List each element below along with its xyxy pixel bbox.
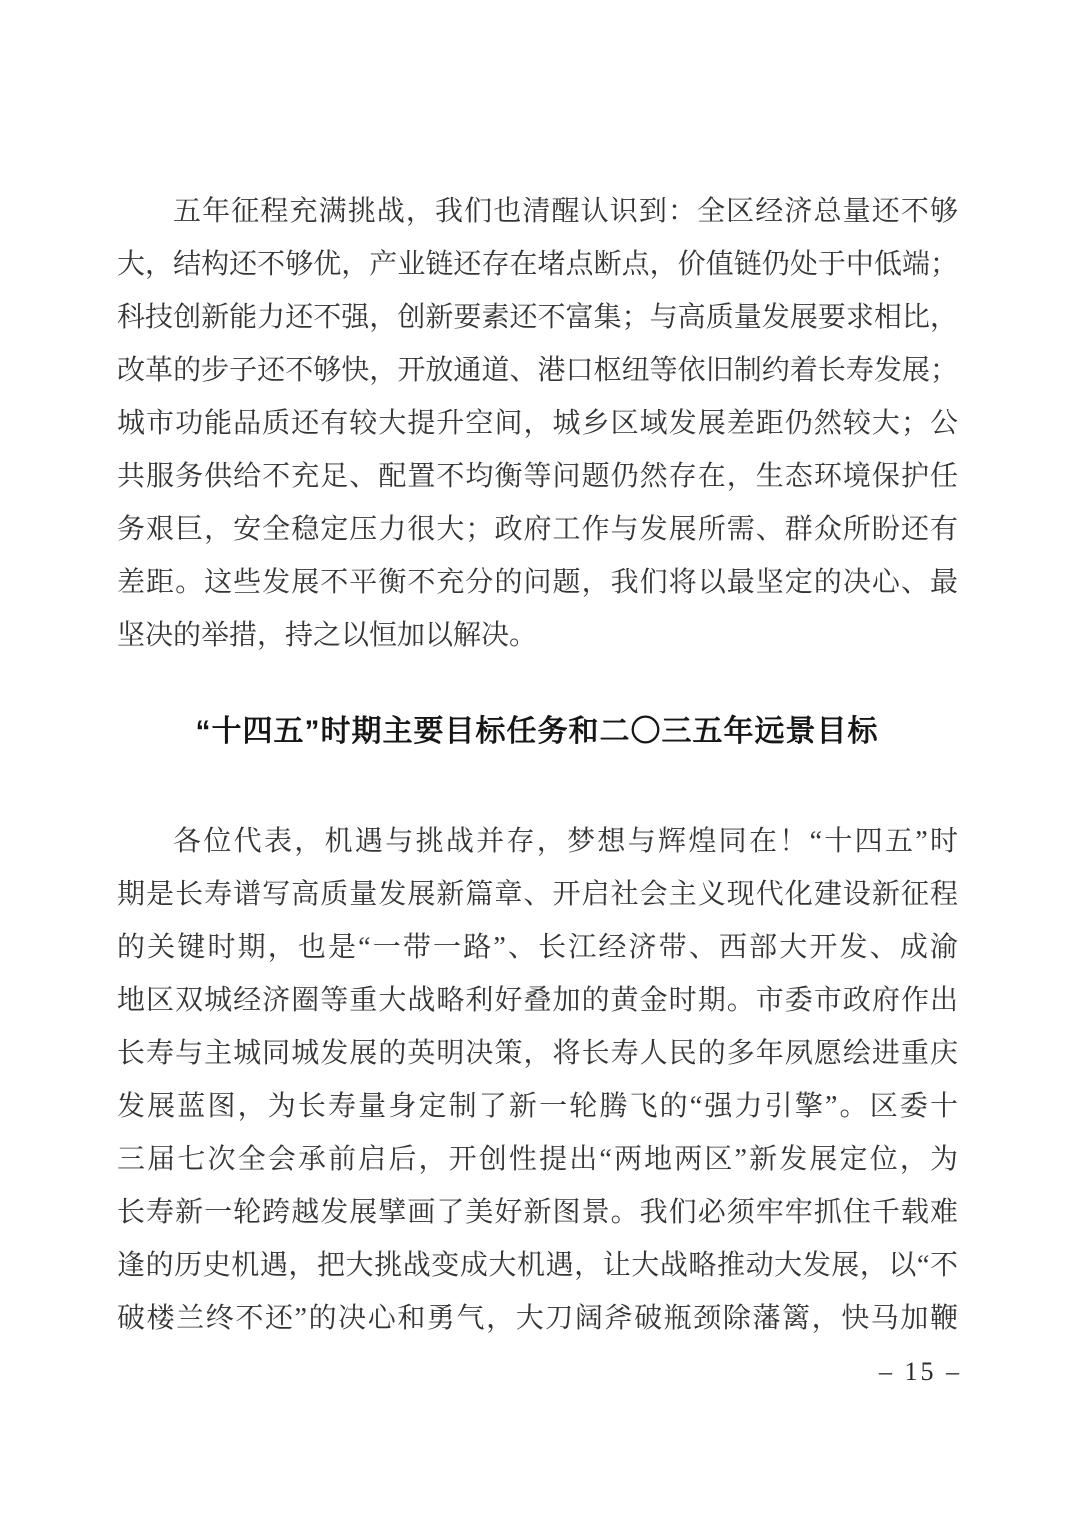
body-line: 五年征程充满挑战，我们也清醒认识到：全区经济总量还不够	[117, 185, 958, 238]
section-heading: “十四五”时期主要目标任务和二〇三五年远景目标	[0, 710, 1074, 754]
body-line: 共服务供给不充足、配置不均衡等问题仍然存在，生态环境保护任	[117, 450, 958, 503]
document-page: 五年征程充满挑战，我们也清醒认识到：全区经济总量还不够 大，结构还不够优，产业链…	[0, 0, 1074, 1520]
page-number: – 15 –	[879, 1352, 962, 1392]
body-line: 长寿与主城同城发展的英明决策，将长寿人民的多年夙愿绘进重庆	[117, 1027, 958, 1080]
body-line: 发展蓝图，为长寿量身定制了新一轮腾飞的“强力引擎”。区委十	[117, 1080, 958, 1133]
body-line: 三届七次全会承前启后，开创性提出“两地两区”新发展定位，为	[117, 1133, 958, 1186]
body-line: 期是长寿谱写高质量发展新篇章、开启社会主义现代化建设新征程	[117, 868, 958, 921]
body-line: 长寿新一轮跨越发展擘画了美好新图景。我们必须牢牢抓住千载难	[117, 1186, 958, 1239]
body-line: 大，结构还不够优，产业链还存在堵点断点，价值链仍处于中低端；	[117, 238, 958, 291]
body-line: 逢的历史机遇，把大挑战变成大机遇，让大战略推动大发展，以“不	[117, 1239, 958, 1292]
body-line: 坚决的举措，持之以恒加以解决。	[117, 609, 958, 662]
body-line: 地区双城经济圈等重大战略利好叠加的黄金时期。市委市政府作出	[117, 974, 958, 1027]
paragraph-challenges: 五年征程充满挑战，我们也清醒认识到：全区经济总量还不够 大，结构还不够优，产业链…	[117, 185, 958, 662]
body-line: 的关键时期，也是“一带一路”、长江经济带、西部大开发、成渝	[117, 921, 958, 974]
body-line: 科技创新能力还不强，创新要素还不富集；与高质量发展要求相比，	[117, 291, 958, 344]
body-line: 差距。这些发展不平衡不充分的问题，我们将以最坚定的决心、最	[117, 556, 958, 609]
body-line: 破楼兰终不还”的决心和勇气，大刀阔斧破瓶颈除藩篱，快马加鞭	[117, 1292, 958, 1345]
body-line: 各位代表，机遇与挑战并存，梦想与辉煌同在！“十四五”时	[117, 815, 958, 868]
paragraph-outlook: 各位代表，机遇与挑战并存，梦想与辉煌同在！“十四五”时 期是长寿谱写高质量发展新…	[117, 815, 958, 1345]
body-line: 城市功能品质还有较大提升空间，城乡区域发展差距仍然较大；公	[117, 397, 958, 450]
body-line: 务艰巨，安全稳定压力很大；政府工作与发展所需、群众所盼还有	[117, 503, 958, 556]
body-line: 改革的步子还不够快，开放通道、港口枢纽等依旧制约着长寿发展；	[117, 344, 958, 397]
